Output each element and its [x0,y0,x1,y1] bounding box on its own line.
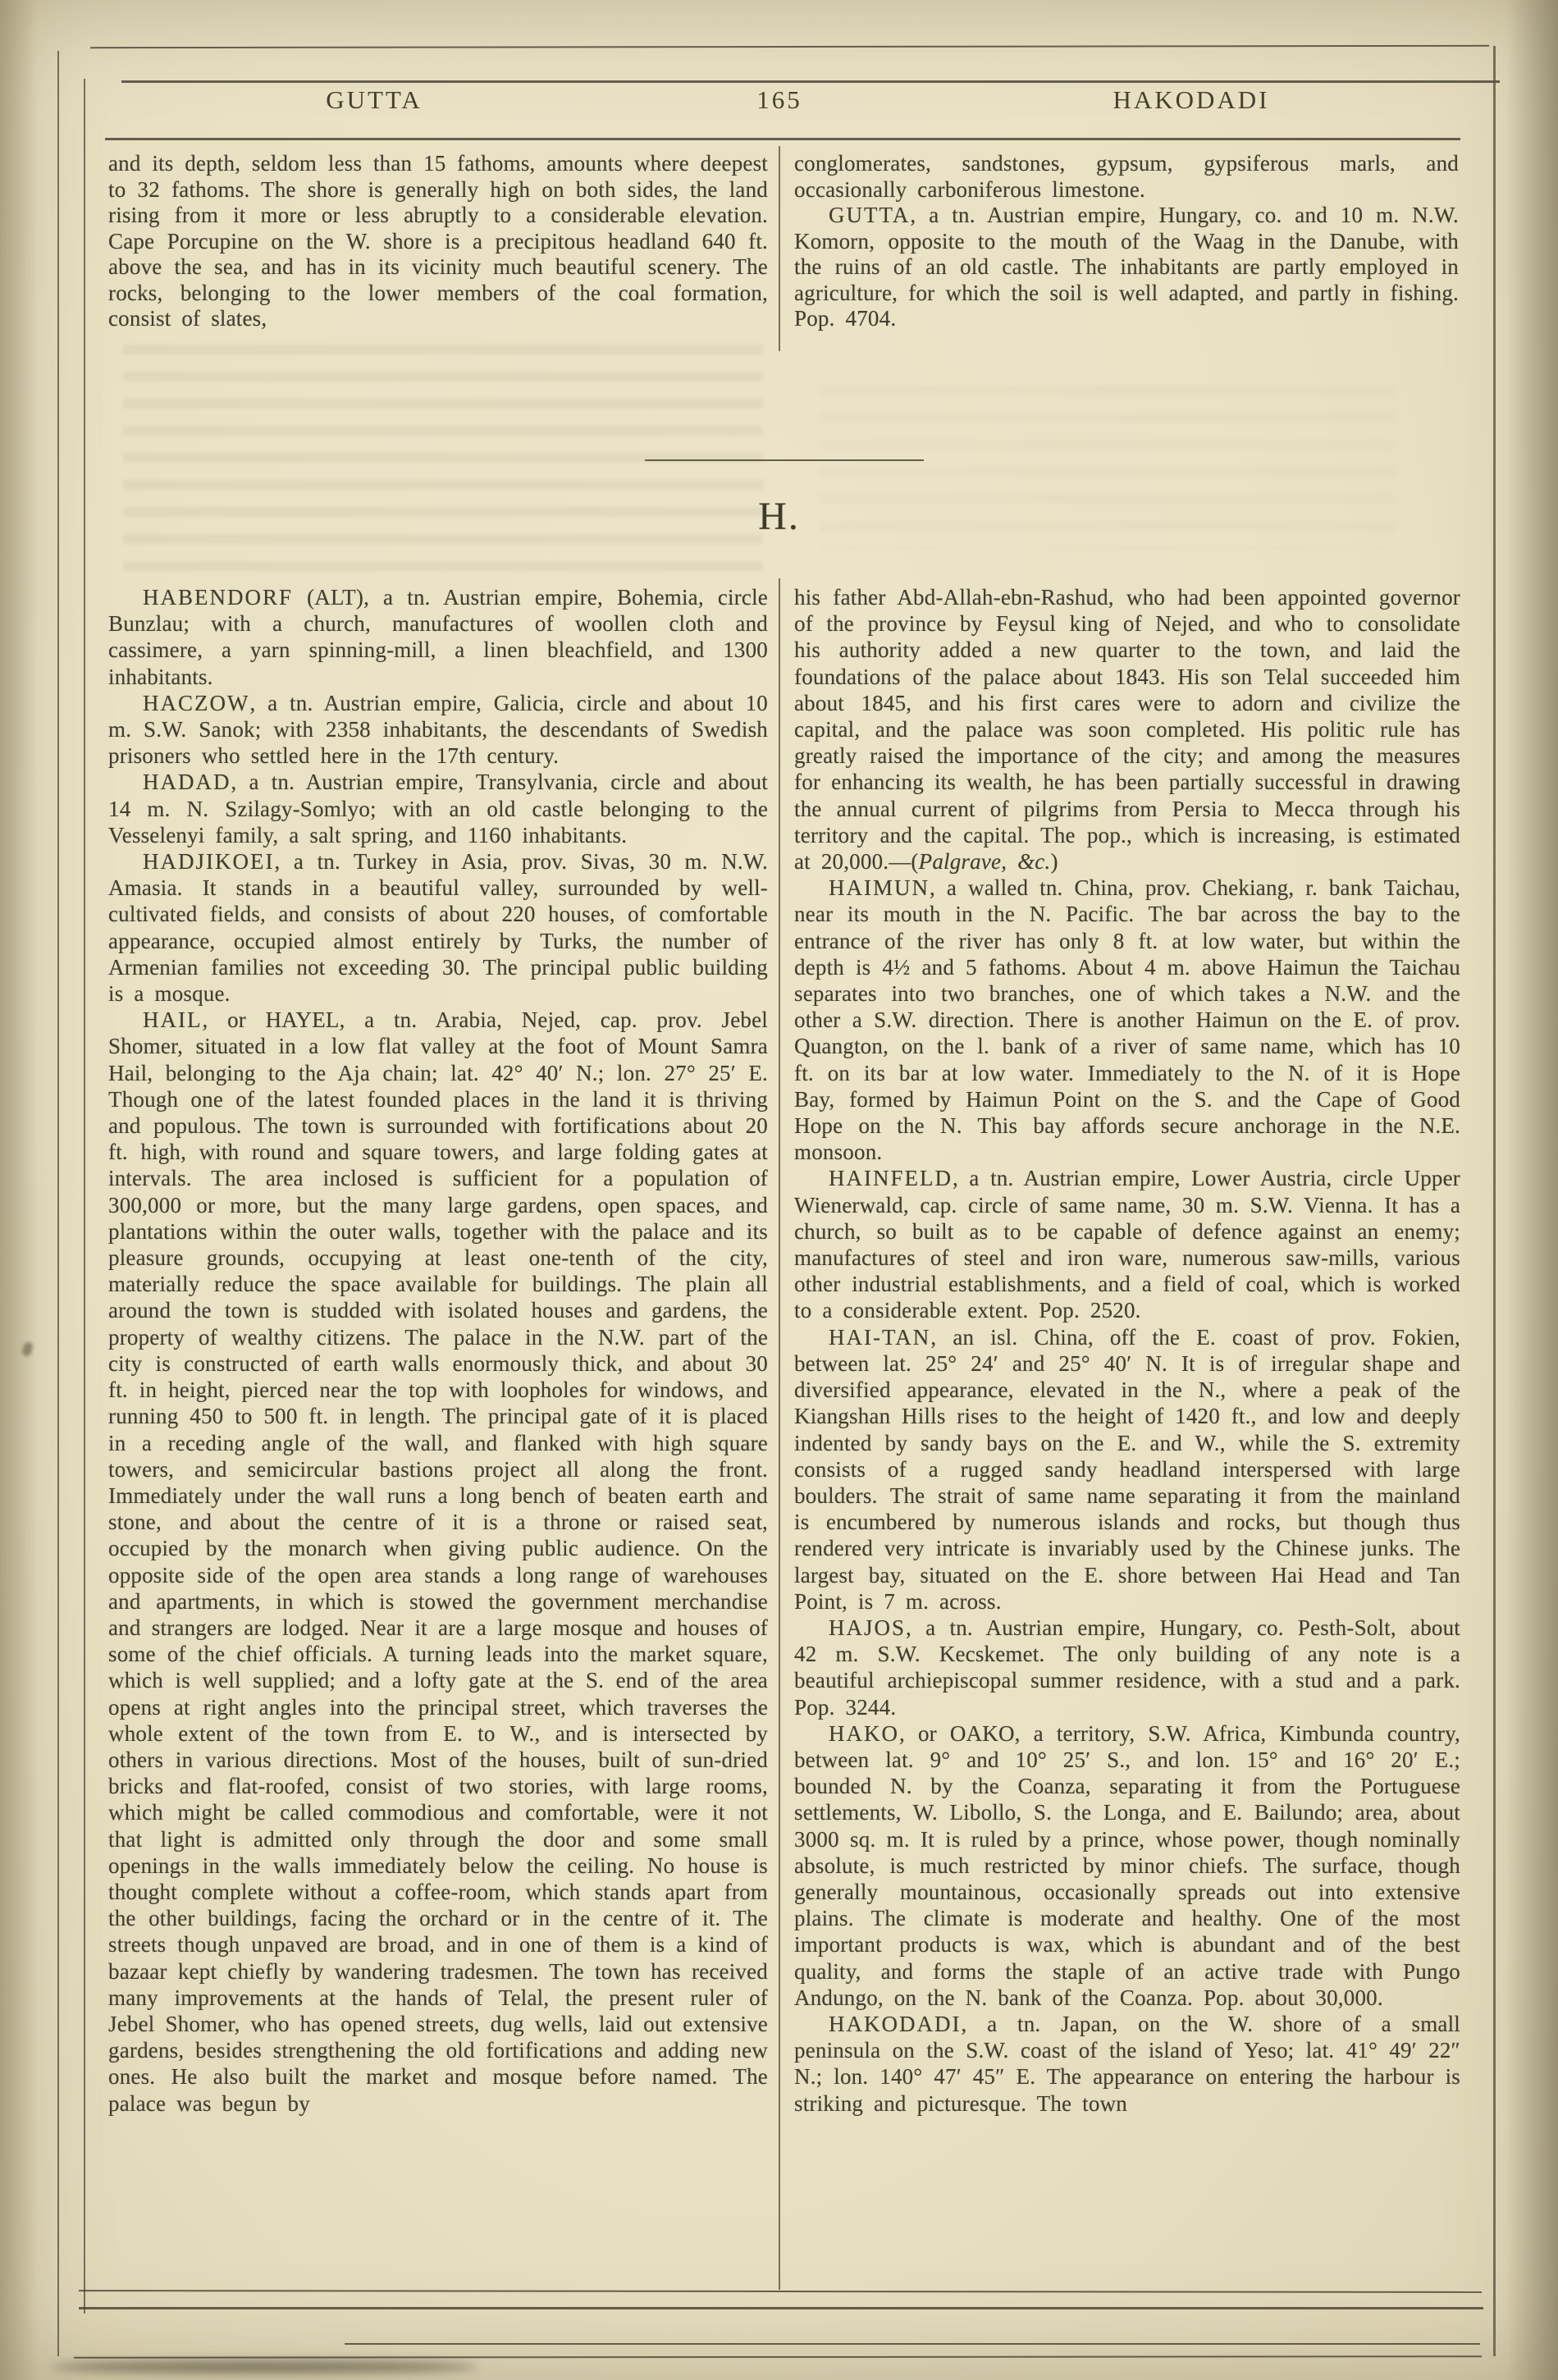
frame-rule-bottom-thick [79,2307,1483,2309]
entry-headword: HAKO [829,1721,899,1746]
paragraph-gutta-runover-right: conglomerates, sandstones, gypsum, gypsi… [794,151,1459,203]
entry-headword: HAKODADI [829,2012,961,2036]
body-right-column: his father Abd-Allah-ebn-Rashud, who had… [794,584,1460,2289]
frame-rule-top-outer [90,45,1489,48]
page-left-edge-shadow [0,0,38,2380]
page-right-edge-shadow [1506,0,1558,2380]
entry-hail-continuation: his father Abd-Allah-ebn-Rashud, who had… [794,584,1460,875]
entry-text: , or OAKO, a territory, S.W. Africa, Kim… [794,1721,1460,2010]
entry-hai-tan: HAI-TAN, an isl. China, off the E. coast… [794,1324,1460,1615]
entry-hail: HAIL, or HAYEL, a tn. Arabia, Nejed, cap… [108,1007,768,2117]
entry-hajos: HAJOS, a tn. Austrian empire, Hungary, c… [794,1615,1460,1720]
citation-text: Palgrave, &c. [919,849,1051,874]
entry-hadad: HADAD, a tn. Austrian empire, Transylvan… [108,769,768,848]
frame-rule-right [1493,46,1496,2356]
top-left-column: and its depth, seldom less than 15 fatho… [108,151,768,366]
entry-hadjikoei: HADJIKOEI, a tn. Turkey in Asia, prov. S… [108,848,768,1007]
header-rule [105,138,1460,140]
frame-rule-footer-outer [345,2343,1480,2345]
entry-haczow: HACZOW, a tn. Austrian empire, Galicia, … [108,690,768,770]
column-divider-body [779,578,780,2290]
entry-headword: HABENDORF [143,585,293,610]
entry-habendorf: HABENDORF (ALT), a tn. Austrian empire, … [108,584,768,690]
entry-headword: HADAD [143,770,231,794]
entry-headword: GUTTA [829,203,910,227]
frame-rule-bottom-thin [79,2290,1482,2293]
entry-text: , an isl. China, off the E. coast of pro… [794,1325,1460,1614]
entry-headword: HAJOS [829,1615,906,1640]
section-heading: H. [0,494,1558,539]
entry-headword: HAIL [143,1007,202,1032]
entry-gutta: GUTTA, a tn. Austrian empire, Hungary, c… [794,203,1459,332]
entry-headword: HAINFELD [829,1166,953,1190]
scan-smudge [51,2361,477,2373]
top-right-column: conglomerates, sandstones, gypsum, gypsi… [794,151,1459,366]
entry-hainfeld: HAINFELD, a tn. Austrian empire, Lower A… [794,1165,1460,1323]
entry-headword: HAIMUN [829,875,930,900]
entry-headword: HAI-TAN [829,1325,930,1350]
body-left-column: HABENDORF (ALT), a tn. Austrian empire, … [108,584,768,2289]
frame-rule-left-outer [57,51,59,2356]
entry-headword: HADJIKOEI [143,849,274,874]
frame-rule-footer-edge [74,2355,1482,2358]
frame-rule-left-inner [84,79,85,2314]
running-head-left: GUTTA [326,85,423,115]
entry-hakodadi: HAKODADI, a tn. Japan, on the W. shore o… [794,2011,1460,2117]
entry-text: ) [1050,849,1058,874]
paragraph-gutta-runover-left: and its depth, seldom less than 15 fatho… [108,151,768,332]
entry-text: , or HAYEL, a tn. Arabia, Nejed, cap. pr… [108,1007,768,2115]
entry-text: , a walled tn. China, prov. Chekiang, r.… [794,875,1460,1164]
column-divider-top [779,146,780,351]
entry-headword: HACZOW [143,691,249,715]
running-head-right: HAKODADI [1113,85,1269,115]
section-rule [645,459,924,461]
page-number: 165 [756,85,802,115]
frame-rule-top-inner [121,80,1500,83]
entry-hako: HAKO, or OAKO, a territory, S.W. Africa,… [794,1720,1460,2011]
entry-text: his father Abd-Allah-ebn-Rashud, who had… [794,585,1460,874]
entry-haimun: HAIMUN, a walled tn. China, prov. Chekia… [794,875,1460,1165]
book-page: GUTTA 165 HAKODADI and its depth, seldom… [0,0,1558,2380]
